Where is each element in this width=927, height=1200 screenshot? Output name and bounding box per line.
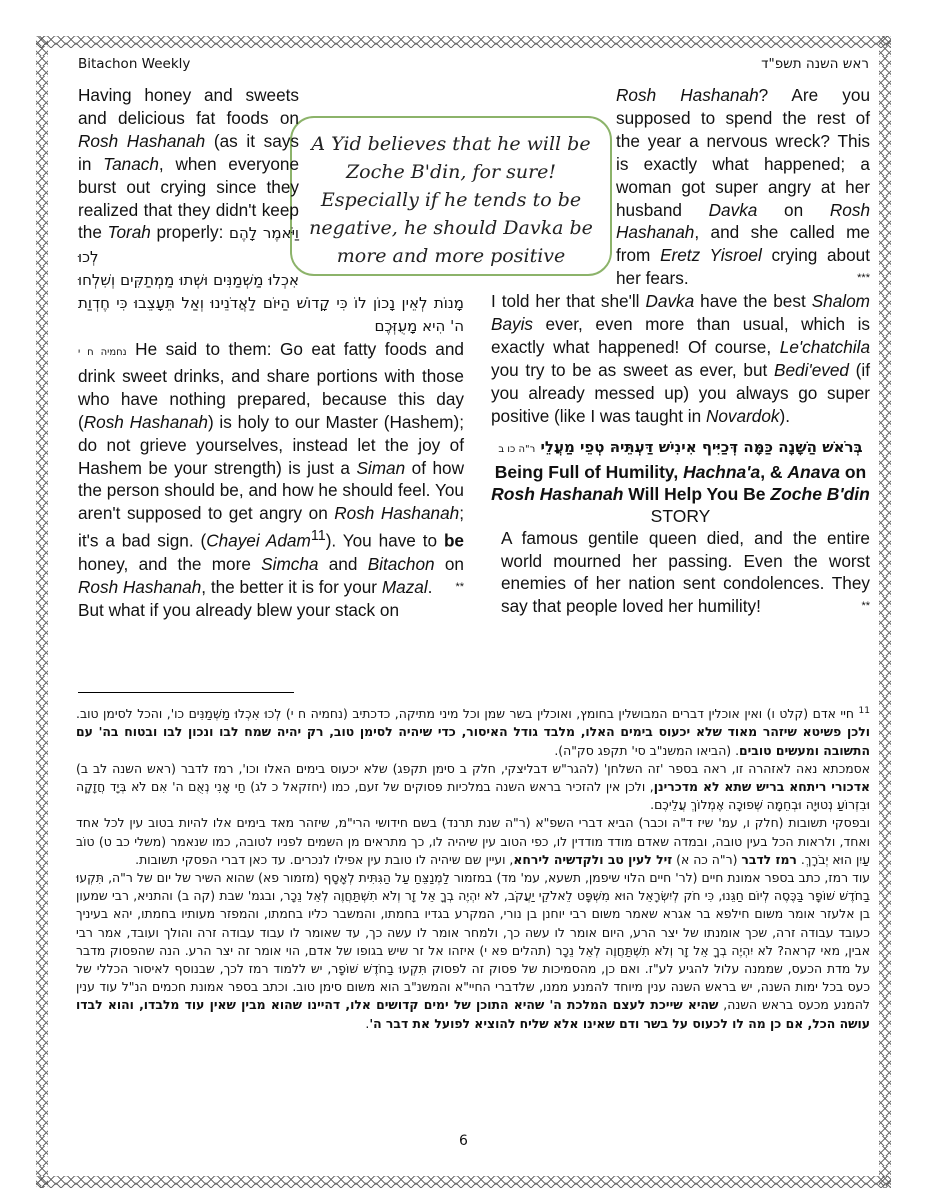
border-top [36,36,891,48]
footnote-paragraph: עוד רמז, כתב בספר אמונת חיים (לר' חיים ה… [76,869,870,1033]
footnote-paragraph: אסמכתא נאה לאזהרה זו, ראה בספר 'זה השלחן… [76,760,870,815]
border-right [879,36,891,1188]
footnote-paragraph: ובפסקי תשובות (חלק ו, עמ' שיז ד"ה וכבר) … [76,814,870,869]
heading-line-2: Rosh Hashanah Will Help You Be Zoche B'd… [491,483,870,505]
left-paragraph-2: But what if you already blew your stack … [78,599,464,622]
section-separator: ** [455,576,464,599]
hebrew-verse: אִכְלוּ מַשְׁמַנִּים וּשְׁתוּ מַמְתַקִּי… [78,269,464,338]
heading-hebrew-quote: בְּרֹאשׁ הַשָּׁנָה כַּמָּה דְּכַיִּיף אִ… [491,436,870,461]
heading-line-1: Being Full of Humility, Hachna'a, & Anav… [491,461,870,483]
section-separator: ** [861,595,870,618]
left-column: Having honey and sweets and delicious fa… [78,84,464,622]
story-paragraph: A famous gentile queen died, and the ent… [491,527,870,619]
right-paragraph-2: I told her that she'll Davka have the be… [491,290,870,427]
border-bottom [36,1176,891,1188]
page-number: 6 [0,1133,927,1149]
right-column: Rosh Hashanah? Are you supposed to spend… [491,84,870,618]
footnote-reference[interactable]: 11 [311,528,326,544]
section-heading: בְּרֹאשׁ הַשָּׁנָה כַּמָּה דְּכַיִּיף אִ… [491,436,870,527]
border-left [36,36,48,1188]
page-header: Bitachon Weekly ראש השנה תשפ"ד [78,56,869,76]
footnote-number: 11 [859,706,870,716]
footnotes: 11 חיי אדם (קלט ו) ואין אוכלין דברים המב… [76,702,870,1033]
story-label: STORY [491,505,870,527]
publication-title: Bitachon Weekly [78,56,190,72]
footnote-11: 11 חיי אדם (קלט ו) ואין אוכלין דברים המב… [76,702,870,760]
section-separator: *** [857,267,870,290]
footnote-divider [78,692,294,693]
pull-quote-wrap-space [491,106,616,274]
issue-title-hebrew: ראש השנה תשפ"ד [761,56,869,72]
pull-quote-wrap-space [299,106,464,274]
hebrew-source: נחמיה ח י [78,347,127,358]
